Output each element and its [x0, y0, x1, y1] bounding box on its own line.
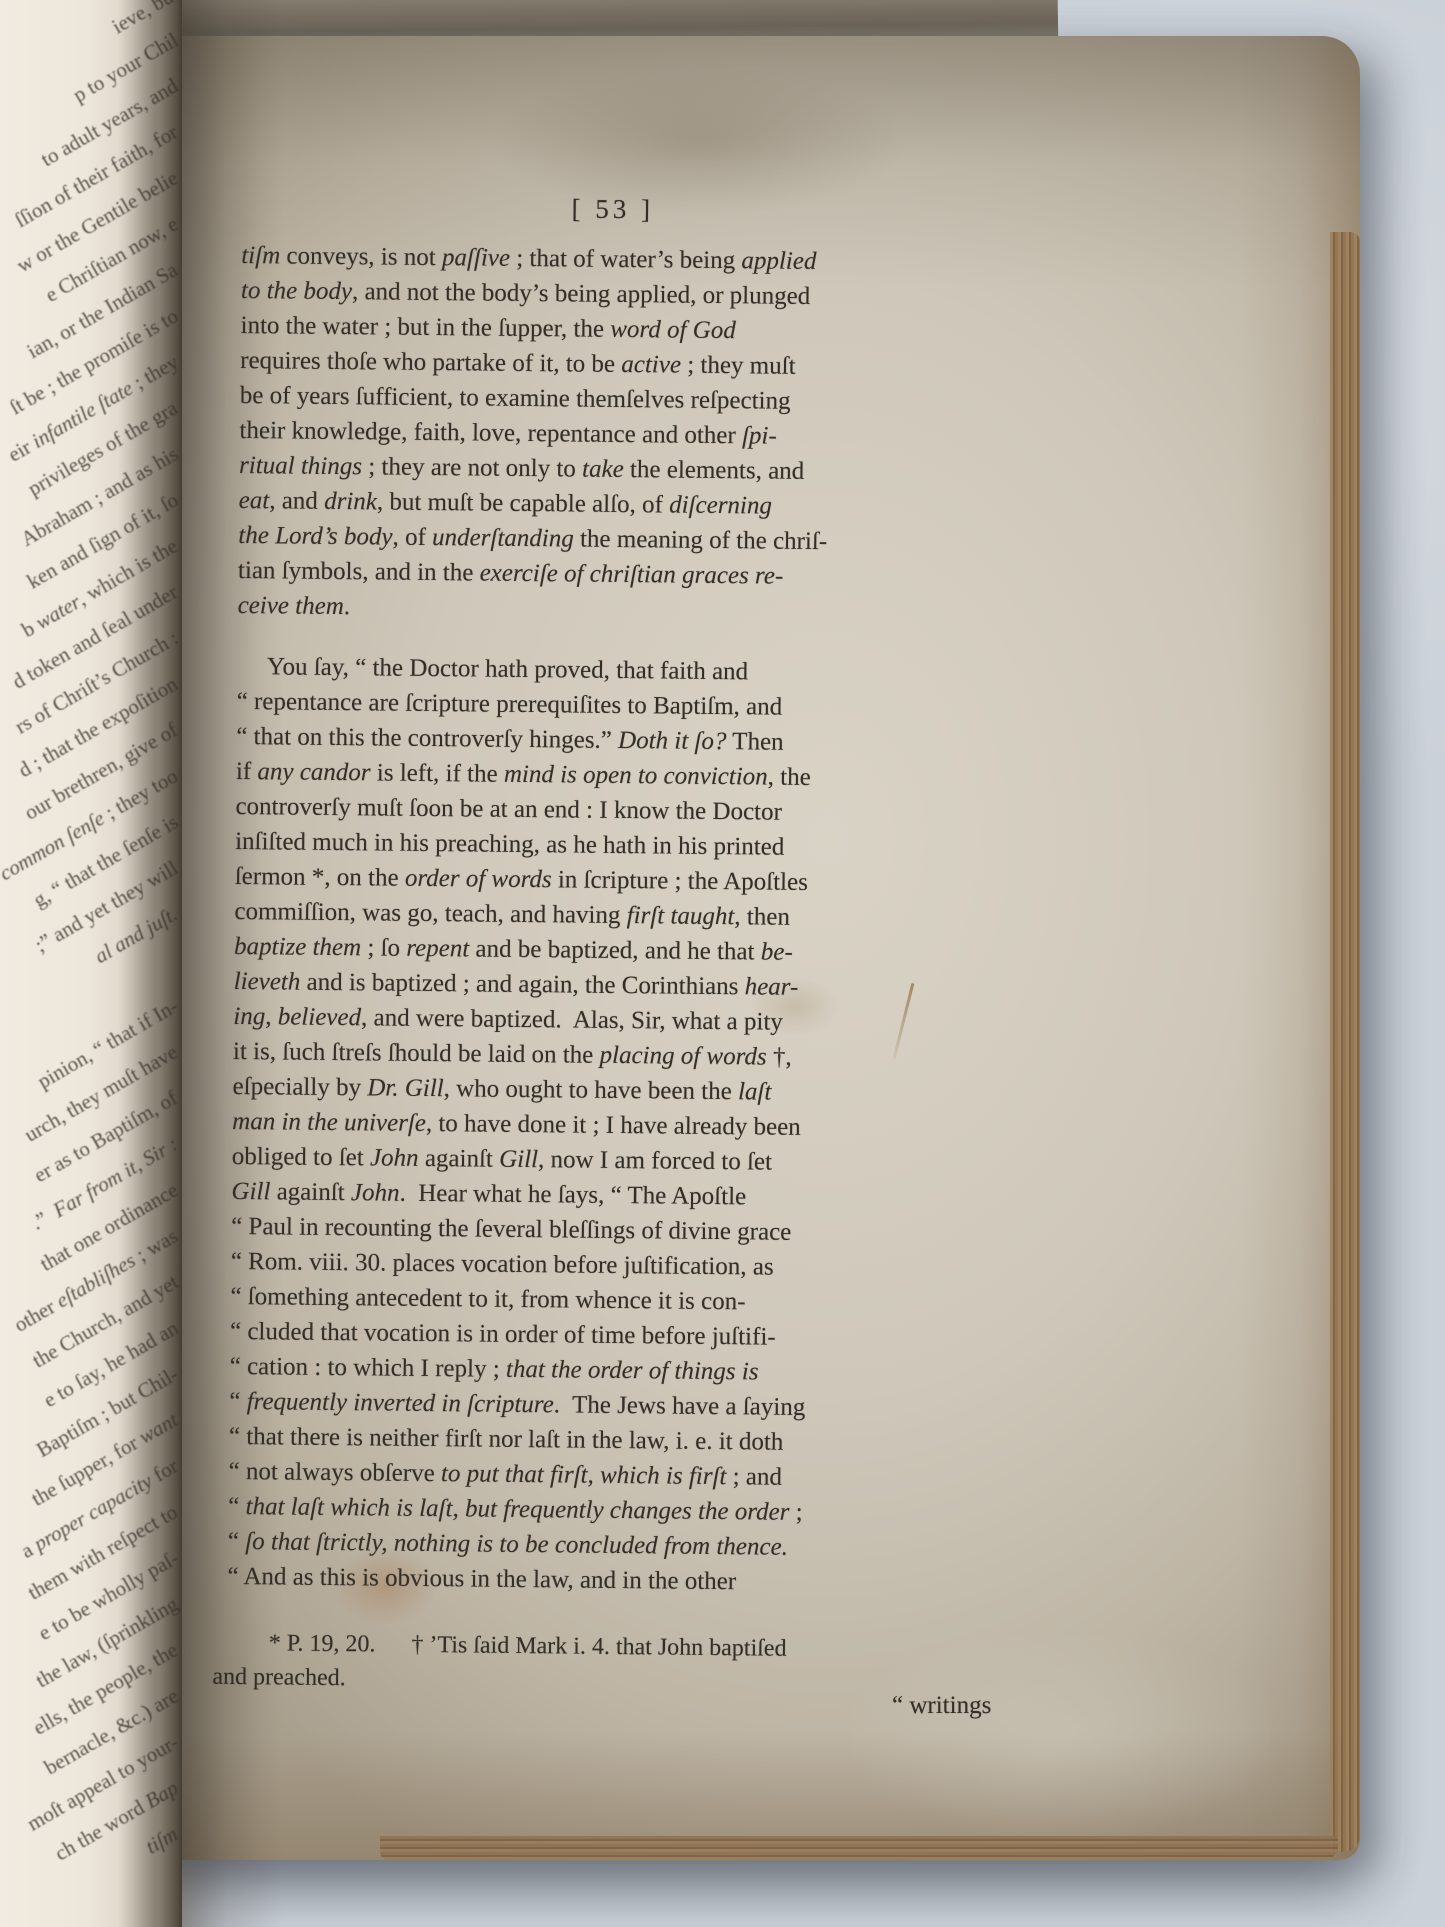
- body-line: “ And as this is obvious in the law, and…: [227, 1559, 917, 1601]
- footnote-line-2: and preached.: [212, 1660, 916, 1701]
- text-block: [ 53 ] tiſm conveys, is not paſſive ; th…: [226, 190, 932, 1701]
- bottom-edge-pages: [380, 1836, 1338, 1860]
- body-paragraph: You ſay, “ the Doctor hath proved, that …: [227, 649, 927, 1601]
- body-line: ceive them.: [237, 588, 927, 630]
- page-body: tiſm conveys, is not paſſive ; that of w…: [227, 238, 931, 1601]
- right-page: [ 53 ] tiſm conveys, is not paſſive ; th…: [150, 36, 1360, 1860]
- book-photo: { "colors":{ "bg":"#cbd1d8","paper-light…: [0, 0, 1445, 1927]
- catchword: “ writings: [892, 1688, 991, 1723]
- left-page-fragment: tiſm: [142, 1822, 182, 1859]
- body-paragraph: tiſm conveys, is not paſſive ; that of w…: [237, 238, 931, 630]
- page-number: [ 53 ]: [267, 190, 957, 245]
- footnote: * P. 19, 20. † ’Tis ſaid Mark i. 4. that…: [226, 1626, 917, 1701]
- left-page-text: ieve, butp to your Chilto adult years, a…: [0, 0, 182, 1927]
- fore-edge-pages: [1330, 232, 1360, 1852]
- left-page: ieve, butp to your Chilto adult years, a…: [0, 0, 182, 1927]
- scene: [ 53 ] tiſm conveys, is not paſſive ; th…: [0, 0, 1445, 1927]
